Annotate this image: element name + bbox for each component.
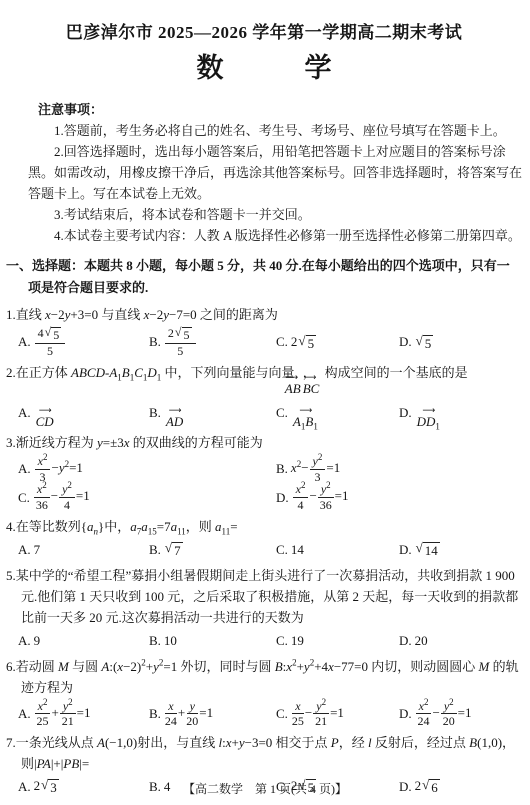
option-label: A. <box>18 405 31 421</box>
option-B: B.√7 <box>149 539 276 561</box>
vector-arrow-notation: ⟶A1B1 <box>293 409 318 429</box>
vector-arrow-notation: ⟶AB <box>300 376 301 396</box>
question-2: 2.在正方体 ABCD-A1B1C1D1 中，下列向量能与向量 ⟶AB，⟶BC … <box>6 362 522 428</box>
option-label: C. <box>276 542 288 558</box>
question-stem: 2.在正方体 ABCD-A1B1C1D1 中，下列向量能与向量 ⟶AB，⟶BC … <box>6 362 522 396</box>
option-value: 14 <box>291 542 304 558</box>
question-stem: 4.在等比数列{an}中，a7a15=7a11，则 a11= <box>6 516 522 537</box>
option-value: ⟶CD <box>34 398 56 429</box>
option-label: B. <box>276 461 288 477</box>
option-label: A. <box>18 542 31 558</box>
option-label: C. <box>276 334 288 350</box>
option-D: D.20 <box>399 630 522 652</box>
option-label: D. <box>399 633 412 649</box>
option-A: A.⟶CD <box>18 398 149 429</box>
notice-items: 1.答题前，考生务必将自己的姓名、考生号、考场号、座位号填写在答题卡上。2.回答… <box>28 120 522 246</box>
vector-arrow-notation: ⟶BC <box>318 376 320 396</box>
option-B: B.x2−y23=1 <box>276 455 522 483</box>
options-row: A.x23−y2=1B.x2−y23=1C.x236−y24=1D.x24−y2… <box>6 455 522 511</box>
option-D: D.x24−y236=1 <box>276 483 522 511</box>
question-4: 4.在等比数列{an}中，a7a15=7a11，则 a11=A.7B.√7C.1… <box>6 516 522 561</box>
section-heading: 一、选择题：本题共 8 小题，每小题 5 分，共 40 分.在每小题给出的四个选… <box>6 255 522 299</box>
option-label: B. <box>149 405 161 421</box>
question-stem: 6.若动圆 M 与圆 A:(x−2)2+y2=1 外切，同时与圆 B:x2+y2… <box>6 656 522 698</box>
option-B: B.2√55 <box>149 327 276 358</box>
option-label: D. <box>399 706 412 722</box>
vector-arrow-notation: ⟶AD <box>166 409 183 429</box>
option-value: x236−y24=1 <box>33 483 90 511</box>
question-3: 3.渐近线方程为 y=±3x 的双曲线的方程可能为A.x23−y2=1B.x2−… <box>6 432 522 511</box>
option-value: √5 <box>415 334 435 352</box>
subject-title: 数 学 <box>6 51 522 85</box>
option-C: C.⟶A1B1 <box>276 398 399 429</box>
option-value: ⟶AD <box>164 398 185 429</box>
option-value: 19 <box>291 633 304 649</box>
option-label: A. <box>18 334 31 350</box>
option-value: x25−y221=1 <box>291 700 344 728</box>
option-label: D. <box>399 542 412 558</box>
option-B: B.⟶AD <box>149 398 276 429</box>
option-A: A.x23−y2=1 <box>18 455 276 483</box>
question-stem: 7.一条光线从点 A(−1,0)射出，与直线 l:x+y−3=0 相交于点 P，… <box>6 732 522 774</box>
notice-item: 1.答题前，考生务必将自己的姓名、考生号、考场号、座位号填写在答题卡上。 <box>28 120 522 141</box>
options-row: A.4√55B.2√55C.2√5D.√5 <box>6 327 522 358</box>
vector-arrow-notation: ⟶DD1 <box>417 409 440 429</box>
option-A: A.9 <box>18 630 149 652</box>
option-label: B. <box>149 542 161 558</box>
option-D: D.⟶DD1 <box>399 398 522 429</box>
option-D: D.x224−y220=1 <box>399 700 522 728</box>
option-value: 2√5 <box>291 334 317 352</box>
notice-item: 3.考试结束后，将本试卷和答题卡一并交回。 <box>28 204 522 225</box>
option-A: A.x225+y221=1 <box>18 700 149 728</box>
option-label: D. <box>276 490 289 506</box>
option-A: A.7 <box>18 539 149 561</box>
question-stem: 1.直线 x−2y+3=0 与直线 x−2y−7=0 之间的距离为 <box>6 304 522 325</box>
option-value: 10 <box>164 633 177 649</box>
option-C: C.2√5 <box>276 327 399 358</box>
option-value: √14 <box>415 541 441 559</box>
option-label: D. <box>399 405 412 421</box>
option-value: x224−y220=1 <box>415 700 472 728</box>
option-label: B. <box>149 706 161 722</box>
option-label: A. <box>18 461 31 477</box>
option-D: D.√14 <box>399 539 522 561</box>
option-label: D. <box>399 334 412 350</box>
option-value: 4√55 <box>34 327 67 358</box>
option-label: A. <box>18 706 31 722</box>
options-row: A.9B.10C.19D.20 <box>6 630 522 652</box>
page-title: 巴彦淖尔市 2025—2026 学年第一学期高二期末考试 <box>6 22 522 43</box>
option-A: A.4√55 <box>18 327 149 358</box>
option-value: 2√55 <box>164 327 197 358</box>
vector-arrow-notation: ⟶CD <box>36 409 54 429</box>
option-C: C.x236−y24=1 <box>18 483 276 511</box>
question-stem: 5.某中学的“希望工程”募捐小组暑假期间走上街头进行了一次募捐活动，共收到捐款 … <box>6 565 522 628</box>
option-label: B. <box>149 334 161 350</box>
question-5: 5.某中学的“希望工程”募捐小组暑假期间走上街头进行了一次募捐活动，共收到捐款 … <box>6 565 522 652</box>
notice-heading: 注意事项： <box>38 99 522 120</box>
option-value: 20 <box>415 633 428 649</box>
notice-item: 2.回答选择题时，选出每小题答案后，用铅笔把答题卡上对应题目的答案标号涂黑。如需… <box>28 141 522 204</box>
option-label: B. <box>149 633 161 649</box>
option-value: x2−y23=1 <box>291 455 340 483</box>
option-value: x24+y20=1 <box>164 700 213 728</box>
exam-page: 巴彦淖尔市 2025—2026 学年第一学期高二期末考试 数 学 注意事项： 1… <box>0 0 530 805</box>
option-label: C. <box>18 490 30 506</box>
options-row: A.x225+y221=1B.x24+y20=1C.x25−y221=1D.x2… <box>6 700 522 728</box>
question-stem: 3.渐近线方程为 y=±3x 的双曲线的方程可能为 <box>6 432 522 453</box>
notice-section: 注意事项： 1.答题前，考生务必将自己的姓名、考生号、考场号、座位号填写在答题卡… <box>6 99 522 246</box>
option-label: A. <box>18 633 31 649</box>
option-C: C.19 <box>276 630 399 652</box>
option-B: B.10 <box>149 630 276 652</box>
option-value: x225+y221=1 <box>34 700 91 728</box>
page-footer: 【高二数学 第 1 页(共 4 页)】 <box>0 780 530 797</box>
option-label: C. <box>276 706 288 722</box>
option-value: 9 <box>34 633 41 649</box>
option-D: D.√5 <box>399 327 522 358</box>
option-label: C. <box>276 405 288 421</box>
option-value: 7 <box>34 542 41 558</box>
options-row: A.7B.√7C.14D.√14 <box>6 539 522 561</box>
question-1: 1.直线 x−2y+3=0 与直线 x−2y−7=0 之间的距离为A.4√55B… <box>6 304 522 358</box>
options-row: A.⟶CDB.⟶ADC.⟶A1B1D.⟶DD1 <box>6 398 522 429</box>
option-value: √7 <box>164 541 184 559</box>
option-value: x23−y2=1 <box>34 455 83 483</box>
option-value: x24−y236=1 <box>292 483 349 511</box>
option-B: B.x24+y20=1 <box>149 700 276 728</box>
option-value: ⟶DD1 <box>415 398 442 429</box>
questions-list: 1.直线 x−2y+3=0 与直线 x−2y−7=0 之间的距离为A.4√55B… <box>6 304 522 798</box>
option-label: C. <box>276 633 288 649</box>
option-value: ⟶A1B1 <box>291 398 320 429</box>
option-C: C.x25−y221=1 <box>276 700 399 728</box>
question-6: 6.若动圆 M 与圆 A:(x−2)2+y2=1 外切，同时与圆 B:x2+y2… <box>6 656 522 728</box>
option-C: C.14 <box>276 539 399 561</box>
notice-item: 4.本试卷主要考试内容：人教 A 版选择性必修第一册至选择性必修第二册第四章。 <box>28 225 522 246</box>
